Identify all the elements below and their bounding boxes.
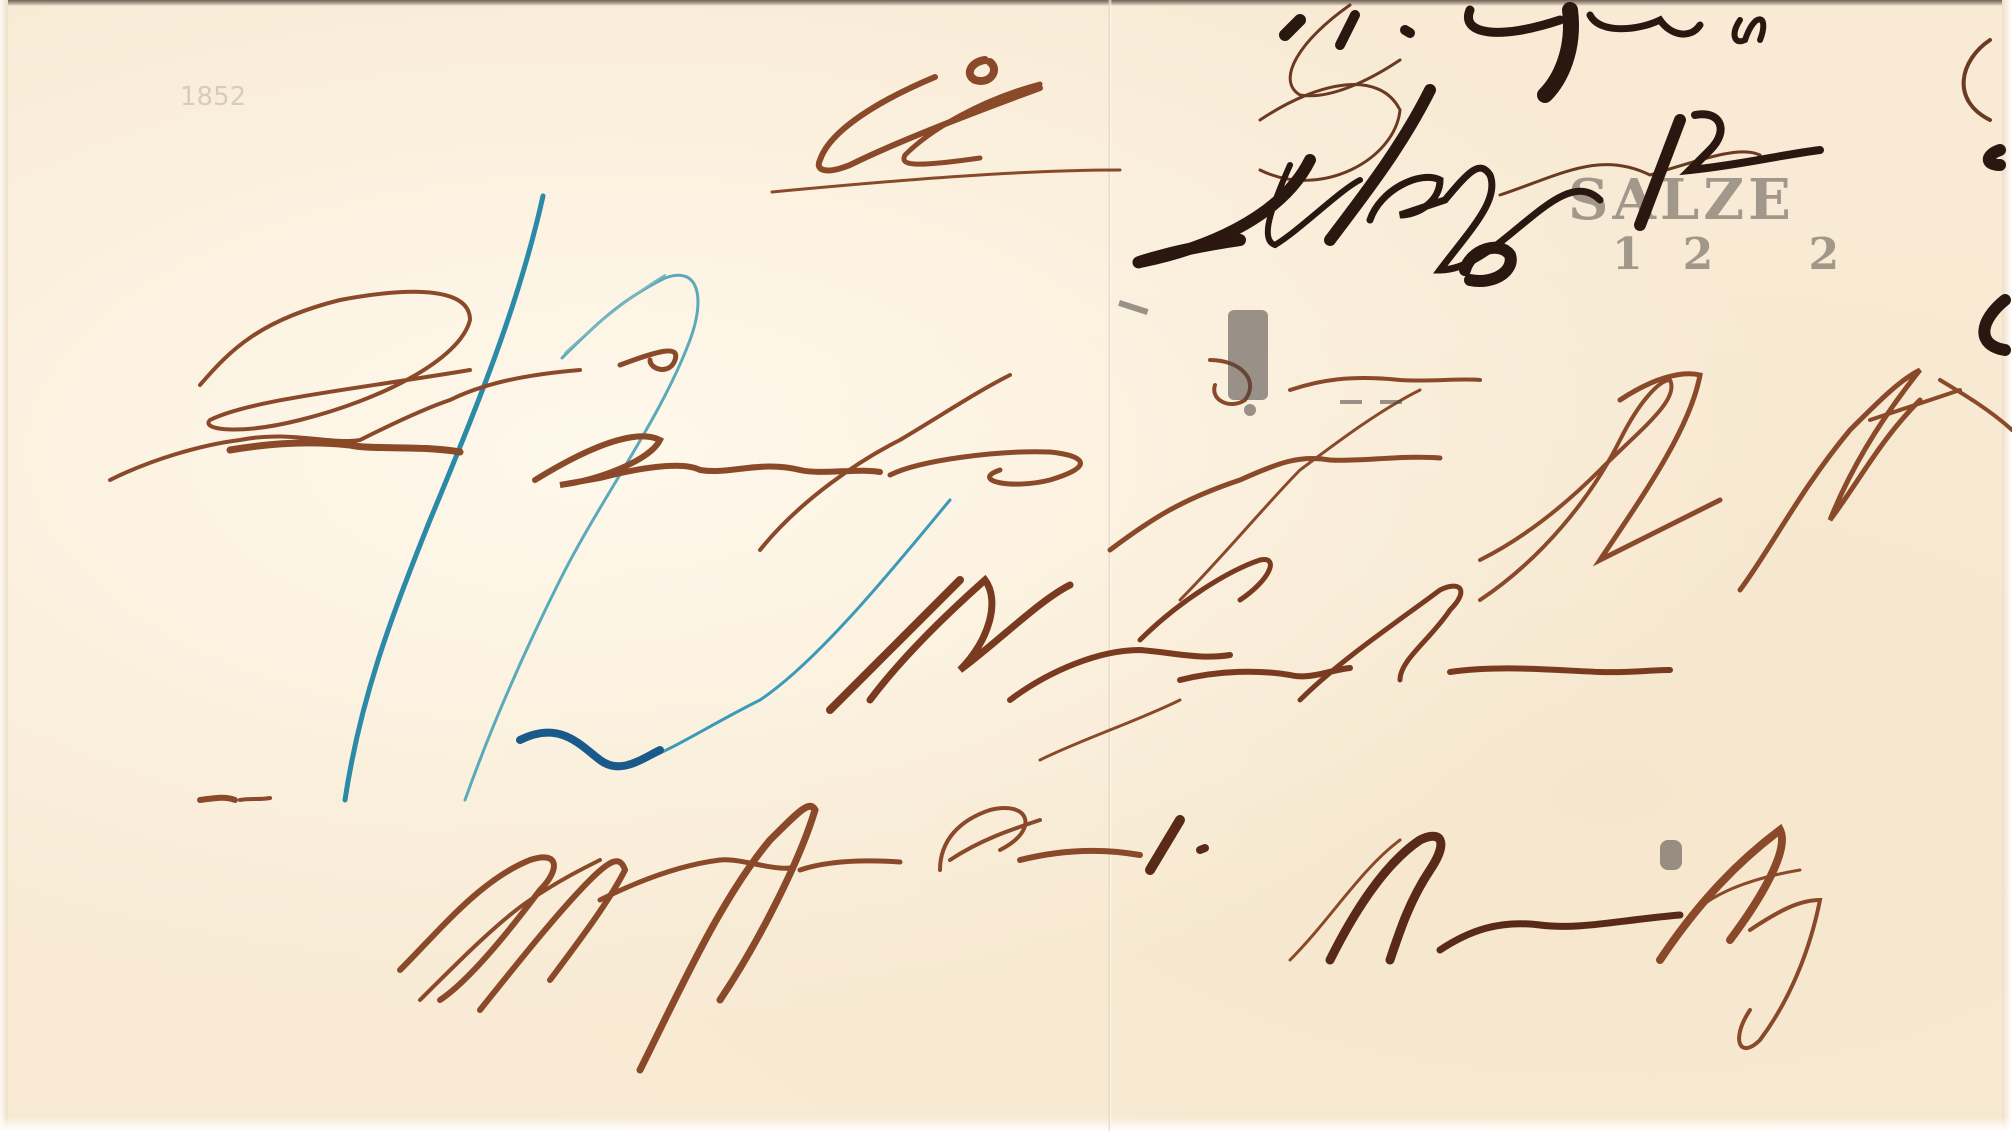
letter-cover: 1852 SALZE 12 2 <box>0 0 2012 1131</box>
address-line-2-ink <box>830 560 1670 760</box>
manuscript-top-right <box>1138 5 2005 350</box>
handwriting-ink <box>0 0 2012 1131</box>
address-line-3-ink <box>400 806 1820 1070</box>
blue-rate-mark-12 <box>345 196 950 800</box>
address-line-1-ink <box>110 292 2012 600</box>
postmark-ink-fragments <box>1118 300 1682 870</box>
margin-marks <box>200 798 270 800</box>
docket-mark <box>772 60 1120 192</box>
